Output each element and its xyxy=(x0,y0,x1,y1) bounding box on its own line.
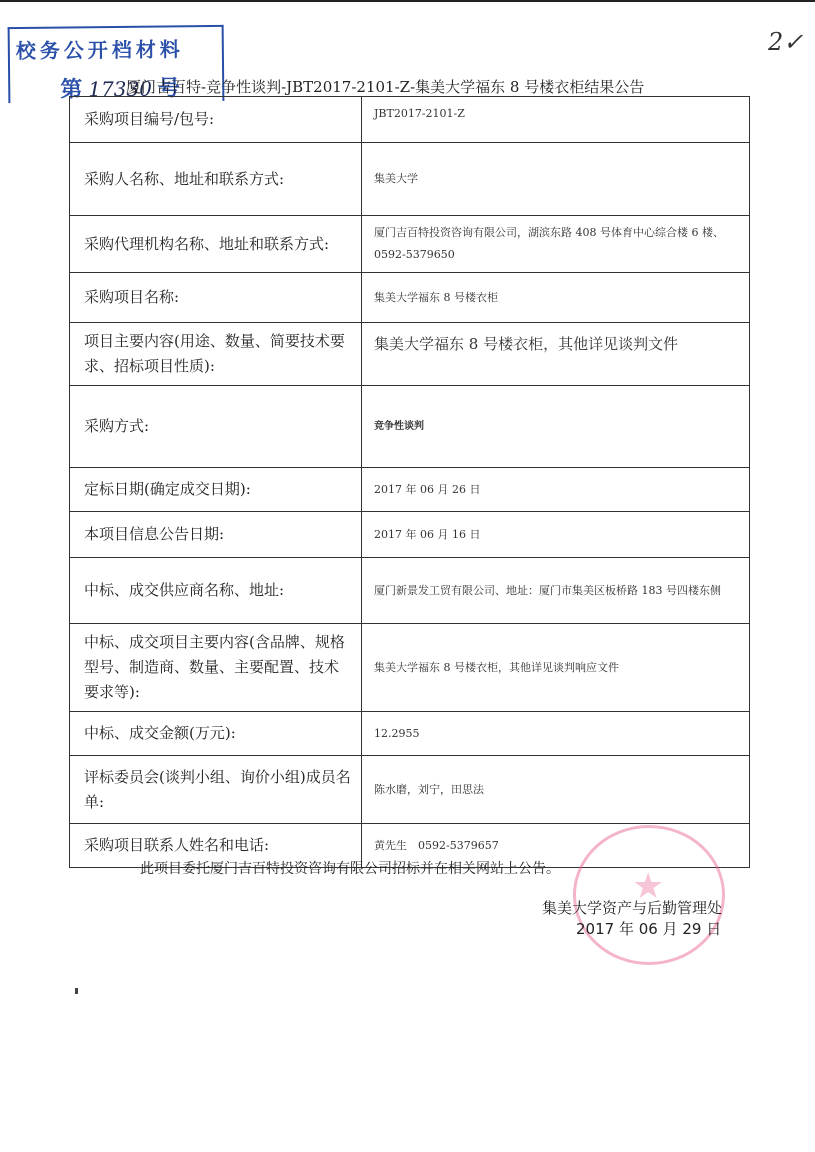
table-row: 中标、成交金额(万元): 12.2955 xyxy=(70,712,750,756)
row-value: 12.2955 xyxy=(362,712,750,756)
row-label: 中标、成交金额(万元): xyxy=(70,712,362,756)
announcement-table: 采购项目编号/包号: JBT2017-2101-Z 采购人名称、地址和联系方式:… xyxy=(69,96,750,868)
table-row: 采购项目编号/包号: JBT2017-2101-Z xyxy=(70,97,750,143)
agency-note: 此项目委托厦门吉百特投资咨询有限公司招标并在相关网站上公告。 xyxy=(140,858,560,878)
table-row: 中标、成交项目主要内容(含品牌、规格型号、制造商、数量、主要配置、技术要求等):… xyxy=(70,624,750,712)
row-label: 采购人名称、地址和联系方式: xyxy=(70,143,362,216)
row-label: 中标、成交供应商名称、地址: xyxy=(70,558,362,624)
row-value: 竞争性谈判 xyxy=(362,386,750,468)
scan-top-edge xyxy=(0,0,815,2)
row-value: 厦门新景发工贸有限公司、地址：厦门市集美区板桥路 183 号四楼东侧 xyxy=(362,558,750,624)
handwritten-check-icon: 2✓ xyxy=(768,28,803,56)
row-label: 项目主要内容(用途、数量、简要技术要求、招标项目性质): xyxy=(70,323,362,386)
row-value: JBT2017-2101-Z xyxy=(362,97,750,143)
table-row: 采购代理机构名称、地址和联系方式: 厦门吉百特投资咨询有限公司，湖滨东路 408… xyxy=(70,216,750,273)
stamp-title: 校务公开档材料 xyxy=(16,33,184,64)
table-row: 采购方式: 竞争性谈判 xyxy=(70,386,750,468)
row-value: 集美大学福东 8 号楼衣柜，其他详见谈判文件 xyxy=(362,323,750,386)
table-row: 评标委员会(谈判小组、询价小组)成员名单: 陈水磨，刘宁，田思法 xyxy=(70,756,750,824)
table-row: 采购项目名称: 集美大学福东 8 号楼衣柜 xyxy=(70,273,750,323)
row-label: 采购项目编号/包号: xyxy=(70,97,362,143)
table-row: 项目主要内容(用途、数量、简要技术要求、招标项目性质): 集美大学福东 8 号楼… xyxy=(70,323,750,386)
issuing-organization: 集美大学资产与后勤管理处 xyxy=(542,897,722,918)
table-row: 定标日期(确定成交日期): 2017 年 06 月 26 日 xyxy=(70,468,750,512)
row-label: 采购方式: xyxy=(70,386,362,468)
issue-date: 2017 年 06 月 29 日 xyxy=(576,918,721,939)
row-value: 2017 年 06 月 26 日 xyxy=(362,468,750,512)
row-label: 采购代理机构名称、地址和联系方式: xyxy=(70,216,362,273)
document-title: 厦门吉百特-竞争性谈判-JBT2017-2101-Z-集美大学福东 8 号楼衣柜… xyxy=(126,76,644,97)
row-label: 中标、成交项目主要内容(含品牌、规格型号、制造商、数量、主要配置、技术要求等): xyxy=(70,624,362,712)
row-label: 定标日期(确定成交日期): xyxy=(70,468,362,512)
row-label: 本项目信息公告日期: xyxy=(70,512,362,558)
row-value: 2017 年 06 月 16 日 xyxy=(362,512,750,558)
table-row: 本项目信息公告日期: 2017 年 06 月 16 日 xyxy=(70,512,750,558)
row-value: 集美大学福东 8 号楼衣柜，其他详见谈判响应文件 xyxy=(362,624,750,712)
row-value: 厦门吉百特投资咨询有限公司，湖滨东路 408 号体育中心综合楼 6 楼、0592… xyxy=(362,216,750,273)
row-value: 集美大学 xyxy=(362,143,750,216)
row-value: 集美大学福东 8 号楼衣柜 xyxy=(362,273,750,323)
row-value: 陈水磨，刘宁，田思法 xyxy=(362,756,750,824)
row-label: 评标委员会(谈判小组、询价小组)成员名单: xyxy=(70,756,362,824)
table-row: 中标、成交供应商名称、地址: 厦门新景发工贸有限公司、地址：厦门市集美区板桥路 … xyxy=(70,558,750,624)
scan-speck xyxy=(75,988,78,994)
row-label: 采购项目名称: xyxy=(70,273,362,323)
table-row: 采购人名称、地址和联系方式: 集美大学 xyxy=(70,143,750,216)
